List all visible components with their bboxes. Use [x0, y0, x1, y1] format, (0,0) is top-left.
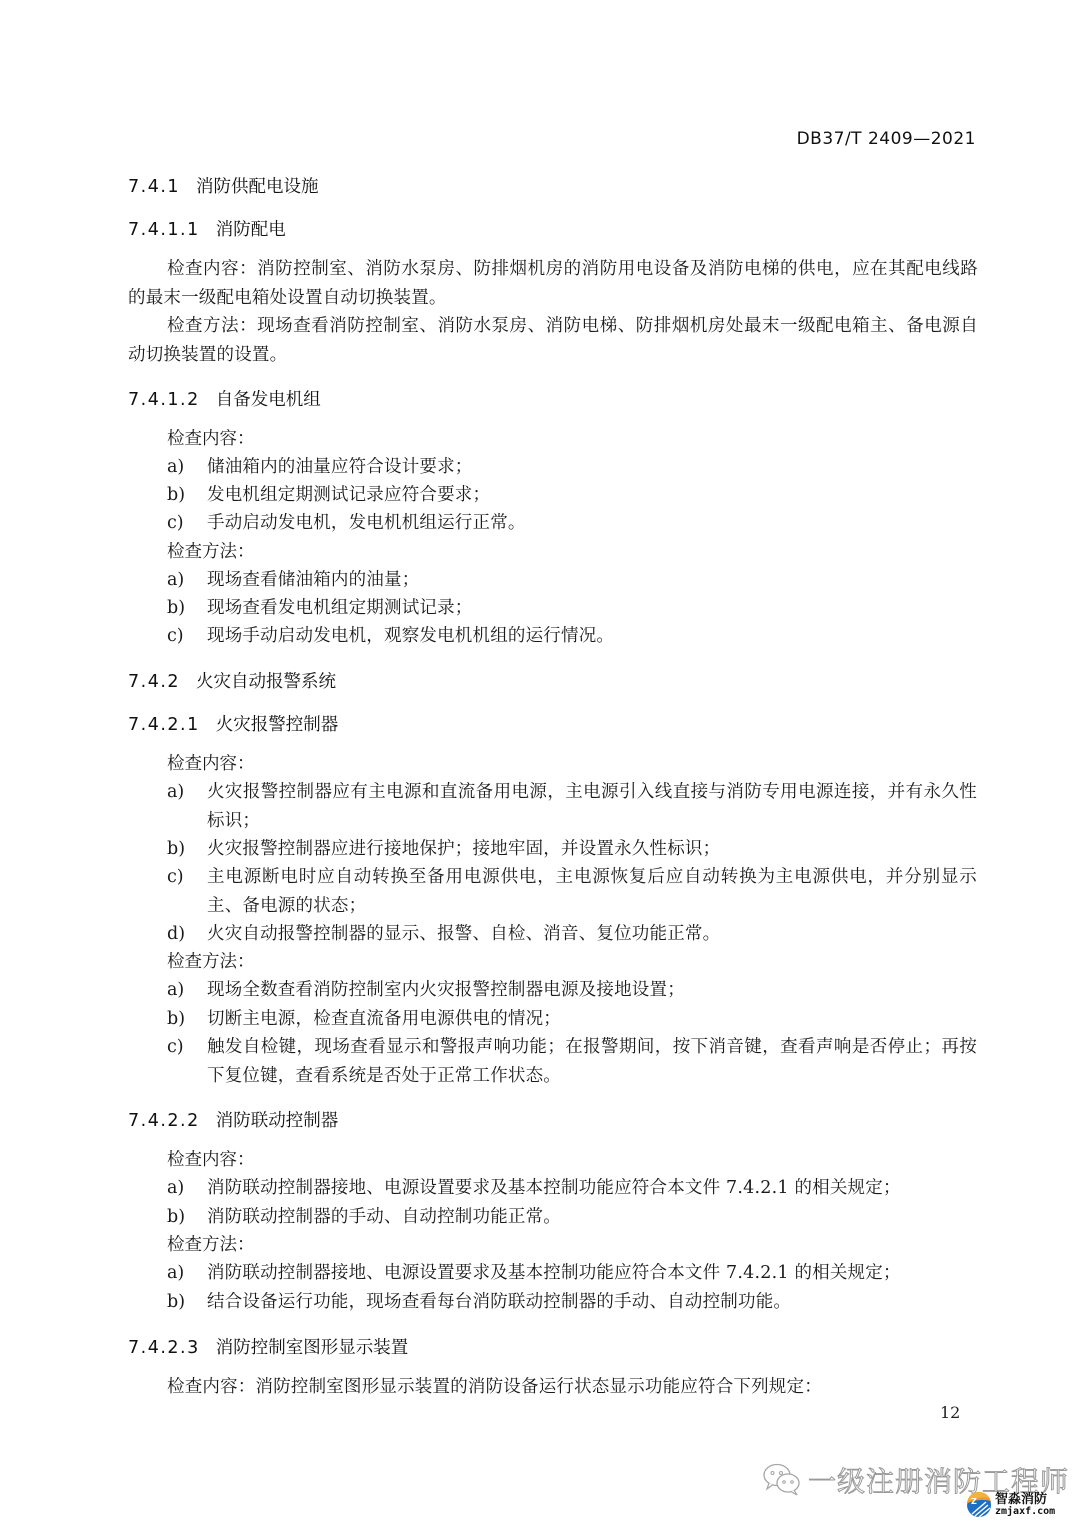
list-item: a)现场全数查看消防控制室内火灾报警控制器电源及接地设置；: [167, 976, 977, 1005]
list-text: 火灾自动报警控制器的显示、报警、自检、消音、复位功能正常。: [207, 920, 977, 949]
paragraph-content: 检查内容：消防控制室图形显示装置的消防设备运行状态显示功能应符合下列规定：: [128, 1373, 978, 1402]
list-marker: b): [167, 835, 207, 864]
list-item: c)现场手动启动发电机，观察发电机机组的运行情况。: [167, 622, 977, 651]
list-text: 现场手动启动发电机，观察发电机机组的运行情况。: [207, 622, 977, 651]
heading-7-4-2-1: 7.4.2.1火灾报警控制器: [128, 711, 338, 736]
list-text: 储油箱内的油量应符合设计要求；: [207, 453, 977, 482]
method-label: 检查方法：: [167, 1231, 255, 1260]
list-item: b)结合设备运行功能，现场查看每台消防联动控制器的手动、自动控制功能。: [167, 1288, 977, 1317]
list-text: 手动启动发电机，发电机机组运行正常。: [207, 509, 977, 538]
list-text: 火灾报警控制器应进行接地保护；接地牢固，并设置永久性标识；: [207, 835, 977, 864]
heading-title: 消防控制室图形显示装置: [216, 1338, 409, 1358]
list-item: b)现场查看发电机组定期测试记录；: [167, 594, 977, 623]
list-marker: c): [167, 863, 207, 892]
list-marker: b): [167, 1203, 207, 1232]
list-item: b)切断主电源，检查直流备用电源供电的情况；: [167, 1005, 977, 1034]
list-item: c)手动启动发电机，发电机机组运行正常。: [167, 509, 977, 538]
heading-number: 7.4.2.3: [128, 1338, 200, 1358]
page-number: 12: [940, 1403, 960, 1422]
content-label: 检查内容：: [167, 425, 255, 454]
heading-7-4-2-3: 7.4.2.3消防控制室图形显示装置: [128, 1334, 408, 1359]
heading-title: 消防联动控制器: [216, 1111, 339, 1131]
wechat-icon: [762, 1462, 802, 1498]
paragraph-content: 检查内容：消防控制室、消防水泵房、防排烟机房的消防用电设备及消防电梯的供电，应在…: [128, 255, 978, 312]
list-marker: b): [167, 594, 207, 623]
heading-title: 火灾报警控制器: [216, 715, 339, 735]
method-label: 检查方法：: [167, 948, 255, 977]
list-text: 现场全数查看消防控制室内火灾报警控制器电源及接地设置；: [207, 976, 977, 1005]
list-text: 消防联动控制器的手动、自动控制功能正常。: [207, 1203, 977, 1232]
list-marker: c): [167, 622, 207, 651]
list-marker: b): [167, 1288, 207, 1317]
zmjaxf-logo-icon: Z: [966, 1492, 992, 1518]
list-text: 消防联动控制器接地、电源设置要求及基本控制功能应符合本文件 7.4.2.1 的相…: [207, 1259, 977, 1288]
list-text: 火灾报警控制器应有主电源和直流备用电源，主电源引入线直接与消防专用电源连接，并有…: [207, 778, 977, 835]
heading-title: 自备发电机组: [216, 390, 321, 410]
heading-number: 7.4.2.2: [128, 1111, 200, 1131]
heading-title: 消防供配电设施: [196, 177, 319, 197]
logo-name: 智淼消防: [995, 1493, 1055, 1506]
heading-title: 消防配电: [216, 220, 286, 240]
list-marker: c): [167, 1033, 207, 1062]
list-item: d)火灾自动报警控制器的显示、报警、自检、消音、复位功能正常。: [167, 920, 977, 949]
heading-title: 火灾自动报警系统: [196, 672, 336, 692]
logo-text: 智淼消防 zmjaxf.com: [995, 1493, 1055, 1517]
logo-url: zmjaxf.com: [995, 1507, 1055, 1517]
svg-text:Z: Z: [971, 1497, 977, 1506]
list-marker: a): [167, 1174, 207, 1203]
list-item: a)消防联动控制器接地、电源设置要求及基本控制功能应符合本文件 7.4.2.1 …: [167, 1174, 977, 1203]
list-item: c)触发自检键，现场查看显示和警报声响功能；在报警期间，按下消音键，查看声响是否…: [167, 1033, 977, 1090]
list-text: 切断主电源，检查直流备用电源供电的情况；: [207, 1005, 977, 1034]
method-label: 检查方法：: [167, 538, 255, 567]
heading-number: 7.4.1.2: [128, 390, 200, 410]
list-item: a)火灾报警控制器应有主电源和直流备用电源，主电源引入线直接与消防专用电源连接，…: [167, 778, 977, 835]
list-marker: a): [167, 566, 207, 595]
heading-7-4-1: 7.4.1消防供配电设施: [128, 173, 319, 198]
list-text: 现场查看发电机组定期测试记录；: [207, 594, 977, 623]
list-text: 发电机组定期测试记录应符合要求；: [207, 481, 977, 510]
list-marker: a): [167, 976, 207, 1005]
list-text: 主电源断电时应自动转换至备用电源供电，主电源恢复后应自动转换为主电源供电，并分别…: [207, 863, 977, 920]
heading-7-4-2: 7.4.2火灾自动报警系统: [128, 668, 336, 693]
heading-number: 7.4.2: [128, 672, 180, 692]
list-item: a)储油箱内的油量应符合设计要求；: [167, 453, 977, 482]
list-marker: c): [167, 509, 207, 538]
list-text: 现场查看储油箱内的油量；: [207, 566, 977, 595]
list-marker: d): [167, 920, 207, 949]
list-text: 结合设备运行功能，现场查看每台消防联动控制器的手动、自动控制功能。: [207, 1288, 977, 1317]
list-text: 消防联动控制器接地、电源设置要求及基本控制功能应符合本文件 7.4.2.1 的相…: [207, 1174, 977, 1203]
list-item: b)火灾报警控制器应进行接地保护；接地牢固，并设置永久性标识；: [167, 835, 977, 864]
heading-number: 7.4.1: [128, 177, 180, 197]
list-marker: b): [167, 1005, 207, 1034]
standard-code: DB37/T 2409—2021: [797, 129, 976, 149]
list-item: a)消防联动控制器接地、电源设置要求及基本控制功能应符合本文件 7.4.2.1 …: [167, 1259, 977, 1288]
list-marker: a): [167, 453, 207, 482]
content-label: 检查内容：: [167, 1146, 255, 1175]
heading-number: 7.4.2.1: [128, 715, 200, 735]
list-item: c)主电源断电时应自动转换至备用电源供电，主电源恢复后应自动转换为主电源供电，并…: [167, 863, 977, 920]
paragraph-method: 检查方法：现场查看消防控制室、消防水泵房、消防电梯、防排烟机房处最末一级配电箱主…: [128, 312, 978, 369]
heading-number: 7.4.1.1: [128, 220, 200, 240]
list-marker: b): [167, 481, 207, 510]
list-marker: a): [167, 1259, 207, 1288]
list-text: 触发自检键，现场查看显示和警报声响功能；在报警期间，按下消音键，查看声响是否停止…: [207, 1033, 977, 1090]
heading-7-4-1-2: 7.4.1.2自备发电机组: [128, 386, 321, 411]
heading-7-4-1-1: 7.4.1.1消防配电: [128, 216, 286, 241]
content-label: 检查内容：: [167, 750, 255, 779]
list-marker: a): [167, 778, 207, 807]
list-item: b)发电机组定期测试记录应符合要求；: [167, 481, 977, 510]
list-item: a)现场查看储油箱内的油量；: [167, 566, 977, 595]
list-item: b)消防联动控制器的手动、自动控制功能正常。: [167, 1203, 977, 1232]
document-page: DB37/T 2409—2021 7.4.1消防供配电设施 7.4.1.1消防配…: [0, 0, 1080, 1528]
heading-7-4-2-2: 7.4.2.2消防联动控制器: [128, 1107, 338, 1132]
brand-logo: Z 智淼消防 zmjaxf.com: [966, 1492, 1055, 1518]
